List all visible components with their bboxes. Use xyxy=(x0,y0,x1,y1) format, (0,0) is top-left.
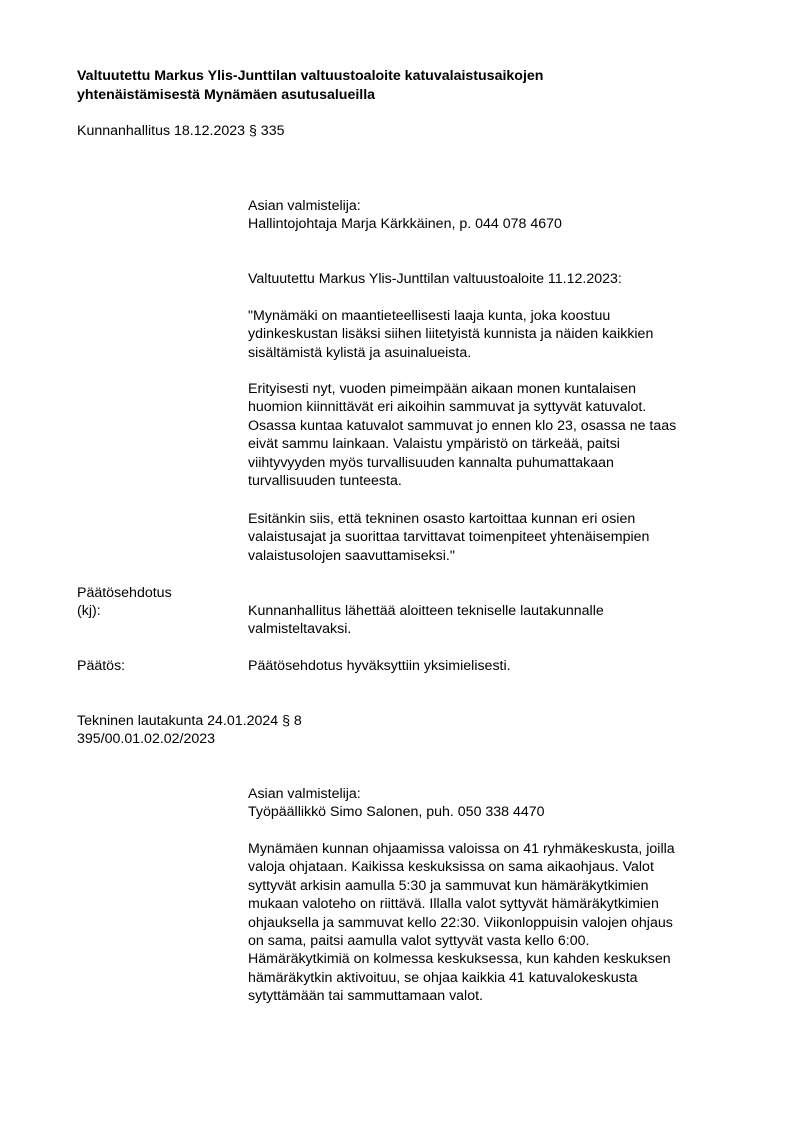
text-line: eivät sammu lainkaan. Valaistu ympäristö… xyxy=(248,435,676,453)
section2-preparer: Työpäällikkö Simo Salonen, puh. 050 338 … xyxy=(248,803,545,821)
section2-preparer-label: Asian valmistelija: xyxy=(248,785,361,803)
text-line: on sama, paitsi aamulla valot syttyvät v… xyxy=(248,932,675,950)
text-line: hämäräkytkin aktivoituu, se ohjaa kaikki… xyxy=(248,969,675,987)
decision-label: Päätös: xyxy=(77,657,125,675)
text-line: "Mynämäki on maantieteellisesti laaja ku… xyxy=(248,307,653,325)
title-line-1: Valtuutettu Markus Ylis-Junttilan valtuu… xyxy=(77,67,543,85)
text-line: Erityisesti nyt, vuoden pimeimpään aikaa… xyxy=(248,380,676,398)
proposal-text: Kunnanhallitus lähettää aloitteen teknis… xyxy=(248,602,604,639)
text-line: valmisteltavaksi. xyxy=(248,620,604,638)
text-line: valaistusolojen saavuttamiseksi." xyxy=(248,547,649,565)
title-line-2: yhtenäistämisestä Mynämäen asutusalueill… xyxy=(77,86,375,104)
text-line: Kunnanhallitus lähettää aloitteen teknis… xyxy=(248,602,604,620)
text-line: Mynämäen kunnan ohjaamissa valoissa on 4… xyxy=(248,840,675,858)
text-line: syttyvät arkisin aamulla 5:30 ja sammuva… xyxy=(248,877,675,895)
section2-header: Tekninen lautakunta 24.01.2024 § 8 xyxy=(77,712,302,730)
proposal-label: Päätösehdotus xyxy=(77,584,172,602)
text-line: ydinkeskustan lisäksi siihen liitetyistä… xyxy=(248,325,653,343)
text-line: valaistusajat ja suorittaa tarvittavat t… xyxy=(248,528,649,546)
initiative-paragraph-1: "Mynämäki on maantieteellisesti laaja ku… xyxy=(248,307,653,362)
section1-header: Kunnanhallitus 18.12.2023 § 335 xyxy=(77,122,284,140)
text-line: mukaan valoteho on riittävä. Illalla val… xyxy=(248,895,675,913)
section1-preparer-label: Asian valmistelija: xyxy=(248,197,361,215)
section1-preparer: Hallintojohtaja Marja Kärkkäinen, p. 044… xyxy=(248,215,562,233)
initiative-paragraph-3: Esitänkin siis, että tekninen osasto kar… xyxy=(248,510,649,565)
text-line: Esitänkin siis, että tekninen osasto kar… xyxy=(248,510,649,528)
initiative-intro: Valtuutettu Markus Ylis-Junttilan valtuu… xyxy=(248,270,622,288)
text-line: sisältämistä kylistä ja asuinalueista. xyxy=(248,344,653,362)
text-line: huomion kiinnittävät eri aikoihin sammuv… xyxy=(248,398,676,416)
text-line: Hämäräkytkimiä on kolmessa keskuksessa, … xyxy=(248,950,675,968)
text-line: turvallisuuden tunteesta. xyxy=(248,472,676,490)
text-line: valoja ohjataan. Kaikissa keskuksissa on… xyxy=(248,858,675,876)
section2-paragraph: Mynämäen kunnan ohjaamissa valoissa on 4… xyxy=(248,840,675,1006)
section2-reference: 395/00.01.02.02/2023 xyxy=(77,730,215,748)
text-line: ohjauksella ja sammuvat kello 22:30. Vii… xyxy=(248,914,675,932)
proposal-label-kj: (kj): xyxy=(77,602,101,620)
text-line: sytyttämään tai sammuttamaan valot. xyxy=(248,987,675,1005)
decision-text: Päätösehdotus hyväksyttiin yksimielisest… xyxy=(248,657,511,675)
initiative-paragraph-2: Erityisesti nyt, vuoden pimeimpään aikaa… xyxy=(248,380,676,490)
text-line: viihtyvyyden myös turvallisuuden kannalt… xyxy=(248,454,676,472)
text-line: Osassa kuntaa katuvalot sammuvat jo enne… xyxy=(248,417,676,435)
